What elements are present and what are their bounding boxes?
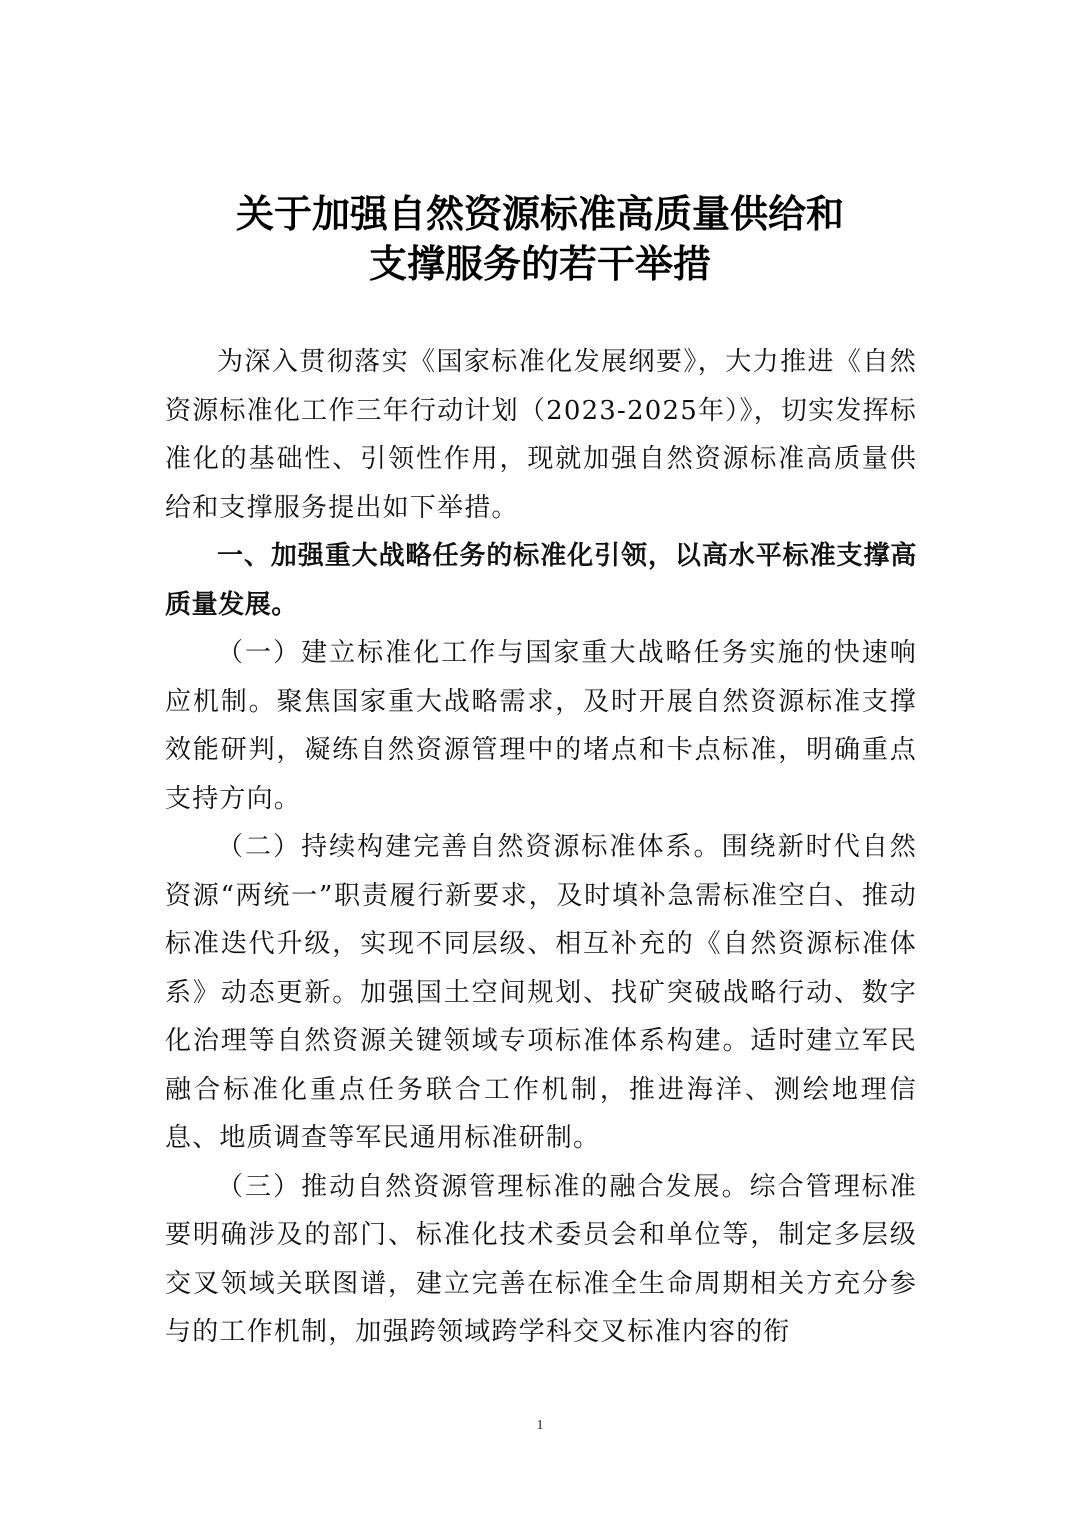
document-title-line-1: 关于加强自然资源标准高质量供给和: [0, 183, 1080, 238]
intro-paragraph: 为深入贯彻落实《国家标准化发展纲要》，大力推进《自然资源标准化工作三年行动计划（…: [165, 338, 917, 532]
document-title-line-2: 支撑服务的若干举措: [0, 233, 1080, 288]
document-page: 关于加强自然资源标准高质量供给和 支撑服务的若干举措 为深入贯彻落实《国家标准化…: [0, 0, 1080, 1527]
page-number: 1: [0, 1418, 1080, 1434]
section-heading-1: 一、加强重大战略任务的标准化引领，以高水平标准支撑高质量发展。: [165, 532, 917, 629]
paragraph-item-3: （三）推动自然资源管理标准的融合发展。综合管理标准要明确涉及的部门、标准化技术委…: [165, 1163, 917, 1357]
paragraph-item-1: （一）建立标准化工作与国家重大战略任务实施的快速响应机制。聚焦国家重大战略需求，…: [165, 629, 917, 823]
paragraph-item-2: （二）持续构建完善自然资源标准体系。围绕新时代自然资源“两统一”职责履行新要求，…: [165, 823, 917, 1163]
document-body: 为深入贯彻落实《国家标准化发展纲要》，大力推进《自然资源标准化工作三年行动计划（…: [165, 338, 917, 1357]
